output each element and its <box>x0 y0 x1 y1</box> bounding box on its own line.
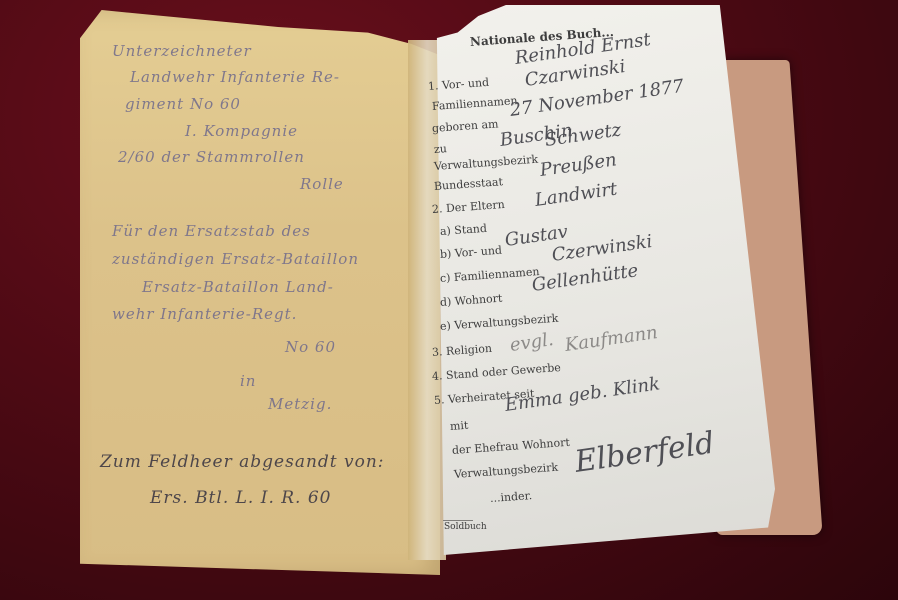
left-line-4: I. Kompagnie <box>185 122 298 140</box>
left-line-1: Unterzeichneter <box>112 42 252 60</box>
left-line-8: zuständigen Ersatz-Bataillon <box>112 250 359 268</box>
left-line-15: Ers. Btl. L. I. R. 60 <box>150 488 332 508</box>
left-line-11: No 60 <box>285 338 336 356</box>
label-mit: mit <box>450 419 469 433</box>
left-line-5: 2/60 der Stammrollen <box>118 148 305 166</box>
left-line-6: Rolle <box>300 175 344 193</box>
footer-rule <box>443 520 473 521</box>
left-line-2: Landwehr Infanterie Re- <box>130 68 340 86</box>
label-zu: zu <box>434 142 448 156</box>
left-line-7: Für den Ersatzstab des <box>112 222 311 240</box>
left-line-3: giment No 60 <box>125 95 241 113</box>
photo-scene: Unterzeichneter Landwehr Infanterie Re- … <box>0 0 898 600</box>
left-line-14: Zum Feldheer abgesandt von: <box>100 452 385 472</box>
left-line-9: Ersatz-Bataillon Land- <box>142 278 334 296</box>
left-line-12: in <box>240 372 256 390</box>
left-line-13: Metzig. <box>268 395 332 413</box>
left-line-10: wehr Infanterie-Regt. <box>112 305 297 323</box>
page-footer: Soldbuch <box>444 522 487 532</box>
